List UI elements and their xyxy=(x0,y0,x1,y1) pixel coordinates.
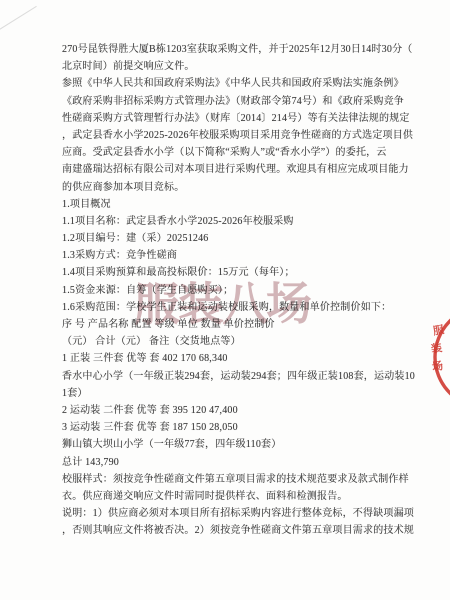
document-line: 1套） xyxy=(62,385,398,402)
document-line: 1.1项目名称：武定县香水小学2025-2026年校服采购 xyxy=(62,213,398,230)
seal-character: 场 xyxy=(431,357,445,375)
document-line: 1.5资金来源：自筹（学生自愿购买）； xyxy=(62,282,398,299)
document-line: 参照《中华人民共和国政府采购法》《中华人民共和国政府采购法实施条例》 xyxy=(62,75,398,92)
document-line: 说明：1）供应商必须对本项目所有招标采购内容进行整体竞标，不得缺项漏项 xyxy=(62,505,398,522)
red-seal-partial: 服 装 场 xyxy=(426,314,450,402)
document-line: 北京时间）前提交响应文件。 xyxy=(62,58,398,75)
document-line: 校服样式：须按竞争性磋商文件第五章项目需求的技术规范要求及款式制作样 xyxy=(62,471,398,488)
document-line: 衣。供应商递交响应文件时需同时提供样衣、面料和检测报告。 xyxy=(62,488,398,505)
document-text-block: 270号昆铁得胜大厦B栋1203室获取采购文件，并于2025年12月30日14时… xyxy=(62,41,398,539)
document-line: （元） 合计（元） 备注（交货地点等） xyxy=(62,333,398,350)
document-line: 的供应商参加本项目竞标。 xyxy=(62,179,398,196)
document-line: 《政府采购非招标采购方式管理办法》（财政部令第74号）和《政府采购竞争 xyxy=(62,93,398,110)
document-line: 香水中心小学（一年级正装294套，运动装294套；四年级正装108套，运动装10 xyxy=(62,368,398,385)
document-line: 270号昆铁得胜大厦B栋1203室获取采购文件，并于2025年12月30日14时… xyxy=(62,41,398,58)
seal-character: 服 xyxy=(432,321,446,339)
document-line: 1.6采购范围：学校学生正装和运动装校服采购，数量和单价控制价如下： xyxy=(62,299,398,316)
document-line: 1.2项目编号：建（采）20251246 xyxy=(62,230,398,247)
document-line: 南建盛瑞达招标有限公司对本项目进行采购代理。欢迎具有相应完成项目能力 xyxy=(62,161,398,178)
document-line: ，否则其响应文件将被否决。2）须按竞争性磋商文件第五章项目需求的技术规 xyxy=(62,522,398,539)
document-line: 1.4项目采购预算和最高投标限价：15万元（每年）； xyxy=(62,264,398,281)
document-line: 1.项目概况 xyxy=(62,196,398,213)
scan-artifact-line xyxy=(0,6,37,31)
document-line: 1.3采购方式：竞争性磋商 xyxy=(62,247,398,264)
scanned-document-page: 270号昆铁得胜大厦B栋1203室获取采购文件，并于2025年12月30日14时… xyxy=(0,0,450,600)
document-line: 1 正装 三件套 优等 套 402 170 68,340 xyxy=(62,350,398,367)
document-line: ，武定县香水小学2025-2026年校服采购项目采用竞争性磋商的方式选定项目供 xyxy=(62,127,398,144)
seal-arc-icon xyxy=(426,314,450,402)
document-line: 2 运动装 二件套 优等 套 395 120 47,400 xyxy=(62,402,398,419)
document-line: 总计 143,790 xyxy=(62,454,398,471)
document-line: 3 运动装 三件套 优等 套 187 150 28,050 xyxy=(62,419,398,436)
document-line: 序 号 产品名称 配置 等级 单位 数量 单价控制价 xyxy=(62,316,398,333)
document-line: 狮山镇大坝山小学（一年级77套，四年级110套） xyxy=(62,436,398,453)
document-line: 性磋商采购方式管理暂行办法》（财库〔2014〕214号）等有关法律法规的规定 xyxy=(62,110,398,127)
seal-character: 装 xyxy=(430,339,444,357)
document-line: 应商。受武定县香水小学（以下简称“采购人”或“香水小学”）的委托，云 xyxy=(62,144,398,161)
